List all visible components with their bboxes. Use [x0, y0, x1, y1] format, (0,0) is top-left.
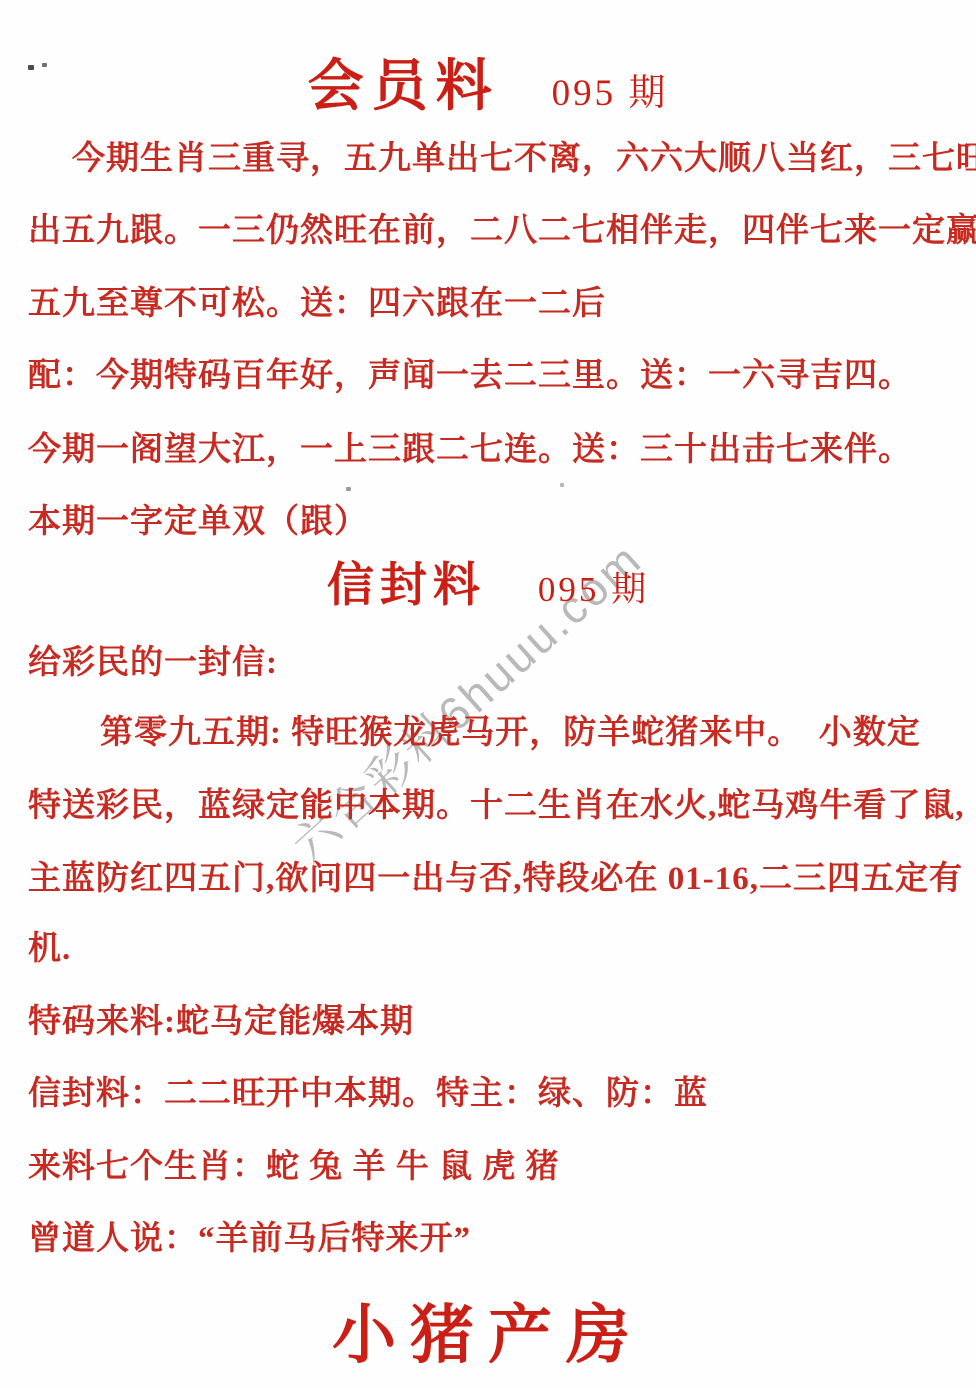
tip-sheet-page: 六合彩料6huuu.com 会员料 095 期 今期生肖三重寻，五九单出七不离，… [0, 0, 976, 1388]
envelope-line: 机. [28, 926, 71, 972]
envelope-section-title: 信封料 [327, 548, 486, 615]
envelope-line: 信封料：二二旺开中本期。特主：绿、防：蓝 [28, 1071, 708, 1117]
member-line: 今期生肖三重寻，五九单出七不离，六六大顺八当红，三七旺 [72, 136, 976, 182]
footer-title: 小猪产房 [0, 1284, 976, 1376]
member-line: 今期一阁望大江，一上三跟二七连。送：三十出击七来伴。 [28, 427, 912, 473]
member-line: 配：今期特码百年好，声闻一去二三里。送：一六寻吉四。 [28, 353, 912, 399]
member-section-heading: 会员料 095 期 [0, 42, 976, 122]
member-line: 五九至尊不可松。送：四六跟在一二后 [28, 281, 606, 327]
scan-artifact [560, 483, 564, 487]
envelope-line: 来料七个生肖：蛇 兔 羊 牛 鼠 虎 猪 [28, 1144, 560, 1190]
member-section-title: 会员料 [308, 42, 500, 122]
envelope-line: 曾道人说：“羊前马后特来开” [28, 1216, 471, 1262]
envelope-line: 特送彩民，蓝绿定能中本期。十二生肖在水火,蛇马鸡牛看了鼠, [28, 783, 965, 829]
member-line: 出五九跟。一三仍然旺在前，二八二七相伴走，四伴七来一定赢， [28, 208, 976, 254]
envelope-section-heading: 信封料 095 期 [0, 548, 976, 615]
envelope-line: 给彩民的一封信: [28, 640, 278, 686]
member-line: 本期一字定单双（跟） [28, 499, 368, 545]
member-section-issue: 095 期 [552, 62, 669, 116]
envelope-line: 第零九五期: 特旺猴龙虎马开，防羊蛇猪来中。 小数定 [100, 710, 921, 756]
envelope-line: 主蓝防红四五门,欲问四一出与否,特段必在 01-16,二三四五定有 [28, 856, 963, 902]
envelope-section-issue: 095 期 [538, 562, 649, 612]
envelope-line: 特码来料:蛇马定能爆本期 [28, 999, 414, 1045]
scan-artifact [346, 487, 351, 491]
